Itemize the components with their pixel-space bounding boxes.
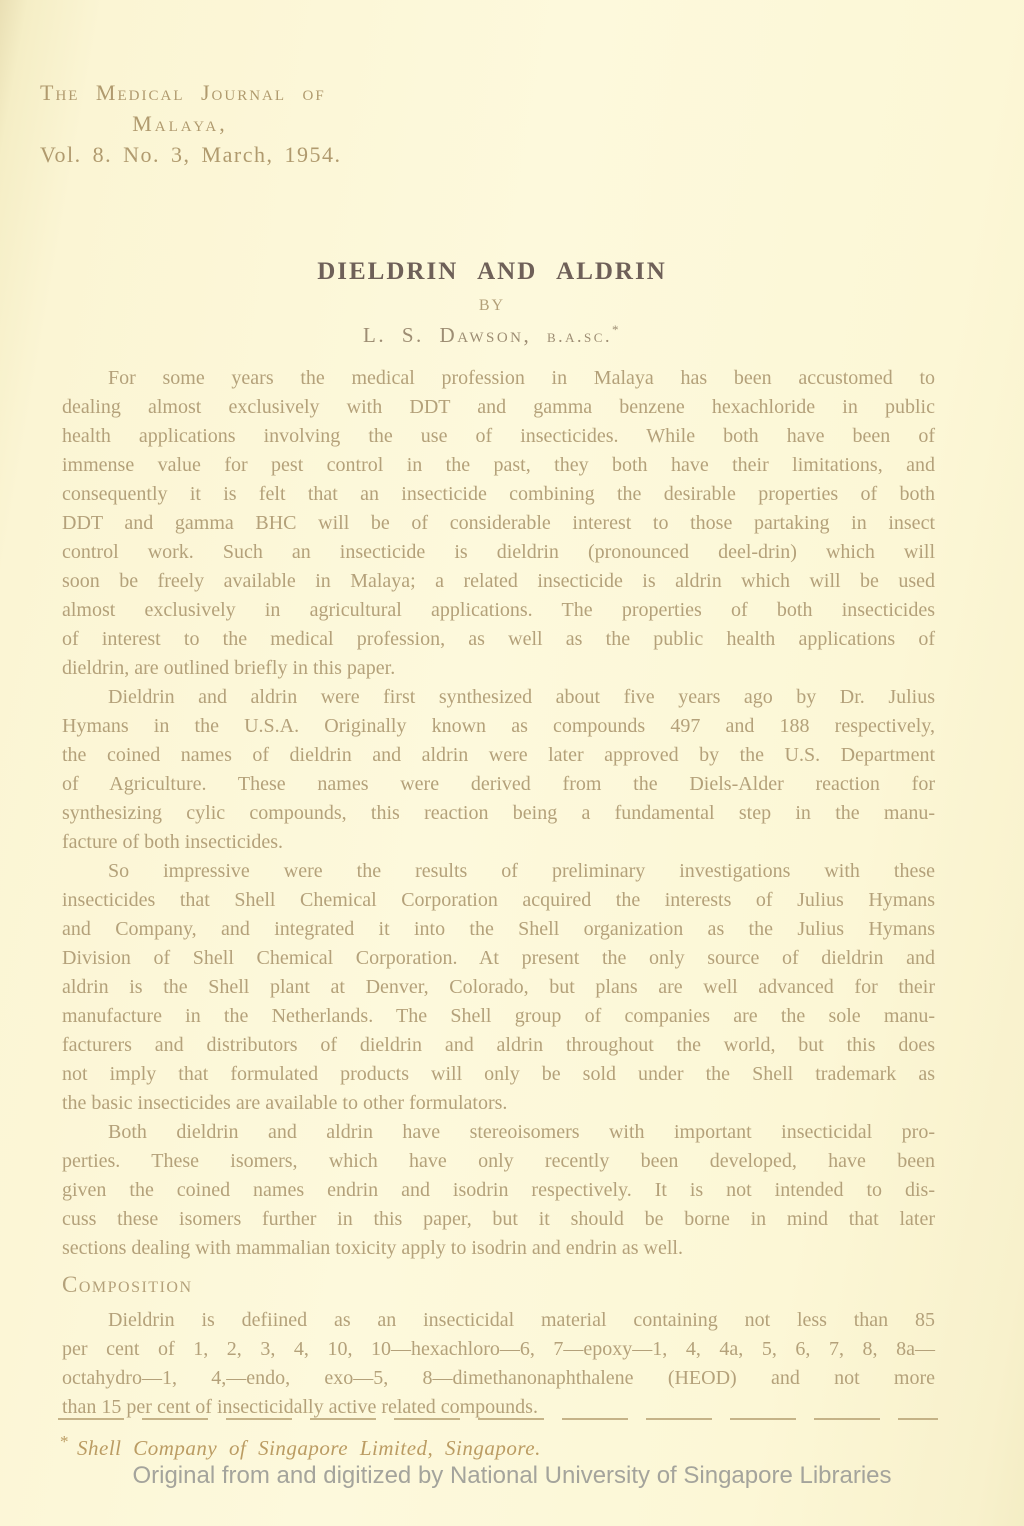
text-line: So impressive were the results of prelim… (62, 857, 935, 886)
text-line: dieldrin, are outlined briefly in this p… (62, 654, 935, 683)
author-credentials: b.a.sc. (547, 326, 612, 346)
text-line: immense value for pest control in the pa… (62, 451, 935, 480)
text-line: Both dieldrin and aldrin have stereoisom… (62, 1118, 935, 1147)
text-line: control work. Such an insecticide is die… (62, 538, 935, 567)
text-line: health applications involving the use of… (62, 422, 935, 451)
text-line: octahydro—1, 4,—endo, exo—5, 8—dimethano… (62, 1364, 935, 1393)
text-line: aldrin is the Shell plant at Denver, Col… (62, 973, 935, 1002)
text-line: Hymans in the U.S.A. Originally known as… (62, 712, 935, 741)
scanned-journal-page: The Medical Journal of Malaya, Vol. 8. N… (0, 0, 1024, 1526)
article-body: For some years the medical profession in… (62, 364, 935, 1422)
text-line: of Agriculture. These names were derived… (62, 770, 935, 799)
text-line: facture of both insecticides. (62, 828, 935, 857)
footnote: *Shell Company of Singapore Limited, Sin… (60, 1432, 940, 1461)
byline-label: BY (62, 297, 922, 315)
article-header: DIELDRIN AND ALDRIN BY L. S. Dawson, b.a… (62, 258, 922, 348)
paragraph: Both dieldrin and aldrin have stereoisom… (62, 1118, 935, 1263)
paragraph: Dieldrin and aldrin were first synthesiz… (62, 683, 935, 857)
journal-title: The Medical Journal of (40, 80, 350, 106)
text-line: insecticides that Shell Chemical Corpora… (62, 886, 935, 915)
text-line: For some years the medical profession in… (62, 364, 935, 393)
author-name: L. S. Dawson, (363, 323, 531, 347)
text-line: cuss these isomers further in this paper… (62, 1205, 935, 1234)
text-line: DDT and gamma BHC will be of considerabl… (62, 509, 935, 538)
text-line: manufacture in the Netherlands. The Shel… (62, 1002, 935, 1031)
text-line: per cent of 1, 2, 3, 4, 10, 10—hexachlor… (62, 1335, 935, 1364)
paragraph: Dieldrin is defiined as an insecticidal … (62, 1306, 935, 1422)
text-line: consequently it is felt that an insectic… (62, 480, 935, 509)
text-line: Division of Shell Chemical Corporation. … (62, 944, 935, 973)
footnote-text: Shell Company of Singapore Limited, Sing… (77, 1436, 541, 1460)
text-line: and Company, and integrated it into the … (62, 915, 935, 944)
text-line: of interest to the medical profession, a… (62, 625, 935, 654)
text-line: the basic insecticides are available to … (62, 1089, 935, 1118)
footnote-separator-rule (58, 1418, 938, 1420)
text-line: Dieldrin is defiined as an insecticidal … (62, 1306, 935, 1335)
text-line: dealing almost exclusively with DDT and … (62, 393, 935, 422)
text-line: not imply that formulated products will … (62, 1060, 935, 1089)
text-line: Dieldrin and aldrin were first synthesiz… (62, 683, 935, 712)
journal-title-location: Malaya, (40, 111, 320, 137)
digitization-credit: Original from and digitized by National … (0, 1462, 1024, 1490)
text-line: synthesizing cylic compounds, this react… (62, 799, 935, 828)
footnote-mark: * (60, 1432, 69, 1451)
journal-volume-info: Vol. 8. No. 3, March, 1954. (40, 142, 350, 168)
text-line: the coined names of dieldrin and aldrin … (62, 741, 935, 770)
paragraph: For some years the medical profession in… (62, 364, 935, 683)
section-heading: Composition (62, 1270, 935, 1300)
text-line: perties. These isomers, which have only … (62, 1147, 935, 1176)
author-line: L. S. Dawson, b.a.sc.* (62, 322, 922, 348)
text-line: soon be freely available in Malaya; a re… (62, 567, 935, 596)
text-line: facturers and distributors of dieldrin a… (62, 1031, 935, 1060)
article-title: DIELDRIN AND ALDRIN (62, 258, 922, 286)
text-line: given the coined names endrin and isodri… (62, 1176, 935, 1205)
text-line: sections dealing with mammalian toxicity… (62, 1234, 935, 1263)
paragraph: So impressive were the results of prelim… (62, 857, 935, 1118)
footnote-reference-mark: * (612, 322, 621, 337)
journal-masthead: The Medical Journal of Malaya, Vol. 8. N… (40, 80, 350, 168)
text-line: almost exclusively in agricultural appli… (62, 596, 935, 625)
